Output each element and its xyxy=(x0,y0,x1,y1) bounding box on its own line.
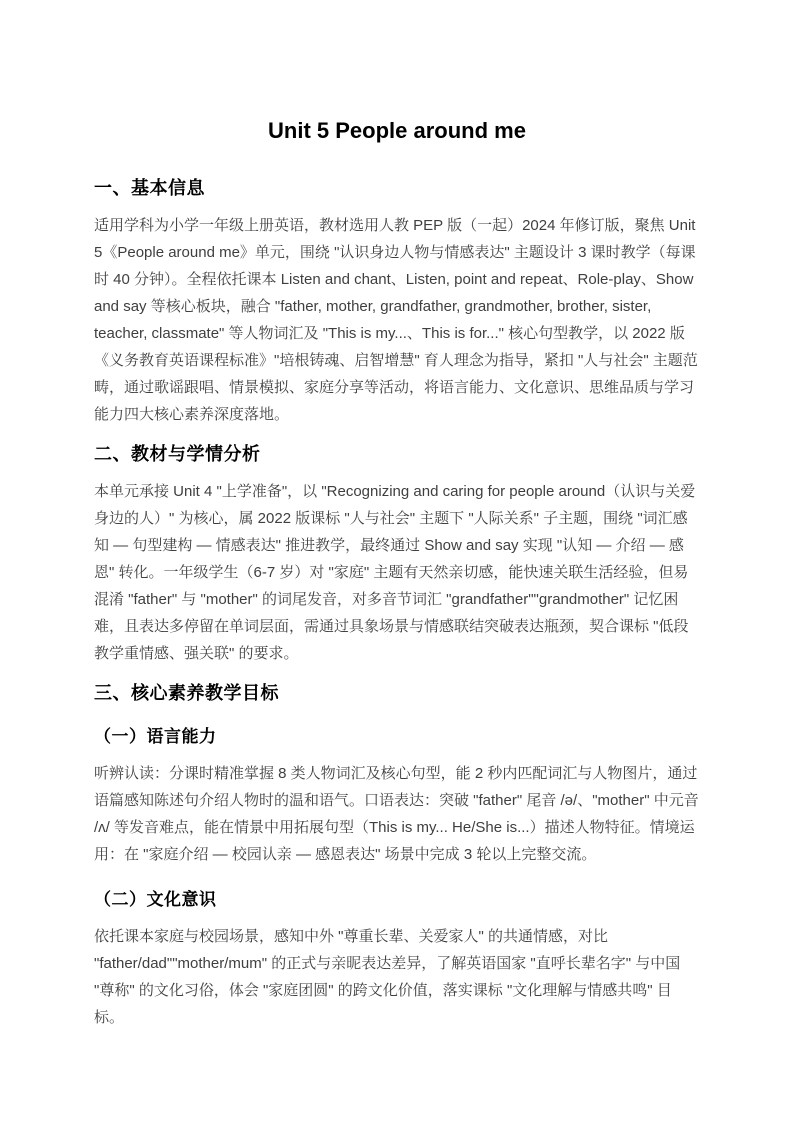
subsection-heading-language-ability: （一）语言能力 xyxy=(94,725,700,748)
subsection-heading-cultural-awareness: （二）文化意识 xyxy=(94,888,700,911)
document-title: Unit 5 People around me xyxy=(94,118,700,144)
section-heading-teaching-objectives: 三、核心素养教学目标 xyxy=(94,681,700,705)
paragraph-language-ability: 听辨认读：分课时精准掌握 8 类人物词汇及核心句型，能 2 秒内匹配词汇与人物图… xyxy=(94,760,700,868)
paragraph-material-analysis: 本单元承接 Unit 4 "上学准备"，以 "Recognizing and c… xyxy=(94,478,700,667)
section-heading-basic-info: 一、基本信息 xyxy=(94,176,700,200)
section-heading-material-analysis: 二、教材与学情分析 xyxy=(94,442,700,466)
document-page: Unit 5 People around me 一、基本信息 适用学科为小学一年… xyxy=(0,0,794,1123)
paragraph-basic-info: 适用学科为小学一年级上册英语，教材选用人教 PEP 版（一起）2024 年修订版… xyxy=(94,212,700,428)
paragraph-cultural-awareness: 依托课本家庭与校园场景，感知中外 "尊重长辈、关爱家人" 的共通情感，对比 "f… xyxy=(94,923,700,1031)
